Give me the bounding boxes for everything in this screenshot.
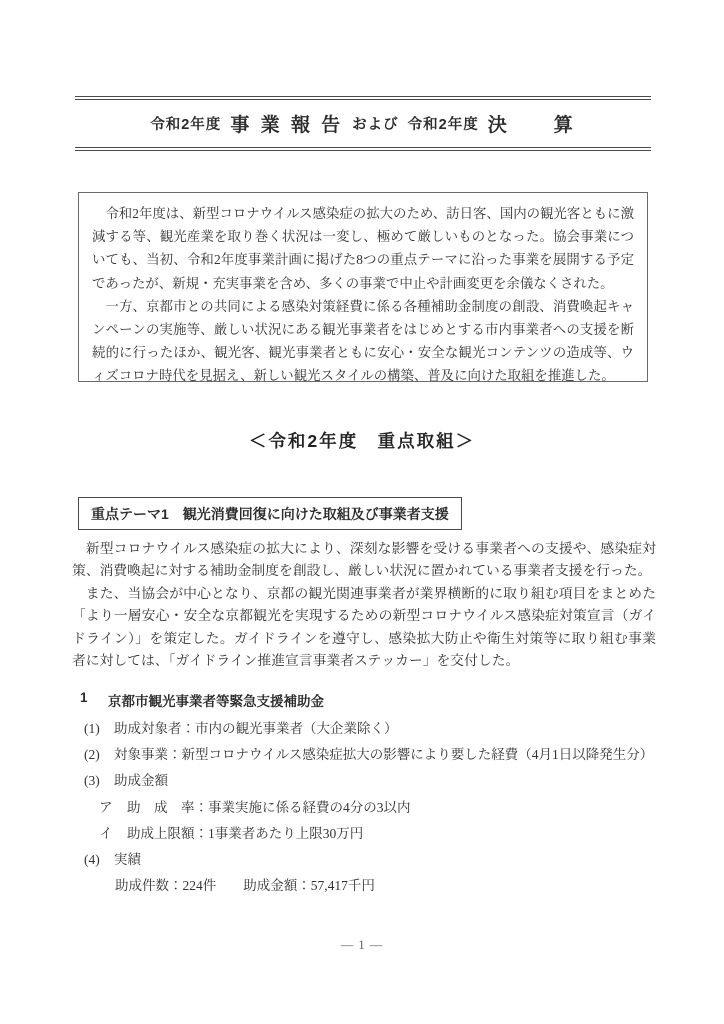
- theme-1-body: 新型コロナウイルス感染症の拡大により、深刻な影響を受ける事業者への支援や、感染症…: [72, 538, 656, 672]
- priority-initiatives-heading: ＜令和2年度 重点取組＞: [0, 428, 724, 453]
- summary-paragraph-1: 令和2年度は、新型コロナウイルス感染症の拡大のため、訪日客、国内の観光客ともに激…: [92, 202, 634, 295]
- summary-box: 令和2年度は、新型コロナウイルス感染症の拡大のため、訪日客、国内の観光客ともに激…: [78, 192, 648, 382]
- list-item: イ 助成上限額：1事業者あたり上限30万円: [84, 821, 650, 847]
- title-settlement: 決 算: [488, 110, 576, 137]
- body-paragraph-1: 新型コロナウイルス感染症の拡大により、深刻な影響を受ける事業者への支援や、感染症…: [72, 538, 656, 583]
- item-label: (4): [84, 847, 114, 873]
- item-label: (2): [84, 742, 114, 768]
- title-fiscal-year-2: 令和2年度: [408, 113, 479, 134]
- summary-paragraph-2: 一方、京都市との共同による感染対策経費に係る各種補助金制度の創設、消費喚起キャン…: [92, 295, 634, 388]
- title-business-report: 事 業 報 告: [230, 110, 343, 137]
- subsection-heading: 1 京都市観光事業者等緊急支援補助金: [80, 690, 324, 710]
- item-label: ア: [99, 795, 127, 821]
- item-label: (3): [84, 768, 114, 794]
- item-text: 助成対象者：市内の観光事業者（大企業除く）: [114, 716, 398, 742]
- item-text: 助成上限額：1事業者あたり上限30万円: [127, 821, 363, 847]
- body-paragraph-2: また、当協会が中心となり、京都の観光関連事業者が業界横断的に取り組む項目をまとめ…: [72, 583, 656, 673]
- list-item: (1) 助成対象者：市内の観光事業者（大企業除く）: [84, 716, 650, 742]
- item-text: 助 成 率：事業実施に係る経費の4分の3以内: [127, 795, 411, 821]
- title-conjunction: および: [352, 113, 399, 134]
- item-label: (1): [84, 716, 114, 742]
- list-item-results: 助成件数：224件 助成金額：57,417千円: [84, 873, 650, 899]
- subsidy-detail-list: (1) 助成対象者：市内の観光事業者（大企業除く） (2) 対象事業：新型コロナ…: [84, 716, 650, 899]
- item-label: イ: [99, 821, 127, 847]
- list-item: (2) 対象事業：新型コロナウイルス感染症拡大の影響により要した経費（4月1日以…: [84, 742, 650, 768]
- subsection-number: 1: [80, 690, 108, 710]
- document-page: 令和2年度 事 業 報 告 および 令和2年度 決 算 令和2年度は、新型コロナ…: [0, 0, 724, 1024]
- document-title: 令和2年度 事 業 報 告 および 令和2年度 決 算: [75, 96, 651, 151]
- item-text: 助成金額: [114, 768, 168, 794]
- list-item: ア 助 成 率：事業実施に係る経費の4分の3以内: [84, 795, 650, 821]
- item-text: 実績: [114, 847, 141, 873]
- theme-1-box: 重点テーマ1 観光消費回復に向けた取組及び事業者支援: [78, 497, 462, 530]
- list-item: (3) 助成金額: [84, 768, 650, 794]
- page-number: — 1 —: [0, 938, 724, 953]
- title-fiscal-year-1: 令和2年度: [150, 113, 221, 134]
- subsection-title: 京都市観光事業者等緊急支援補助金: [108, 690, 324, 710]
- item-text: 対象事業：新型コロナウイルス感染症拡大の影響により要した経費（4月1日以降発生分…: [114, 742, 653, 768]
- list-item: (4) 実績: [84, 847, 650, 873]
- item-text: 助成件数：224件 助成金額：57,417千円: [115, 873, 375, 899]
